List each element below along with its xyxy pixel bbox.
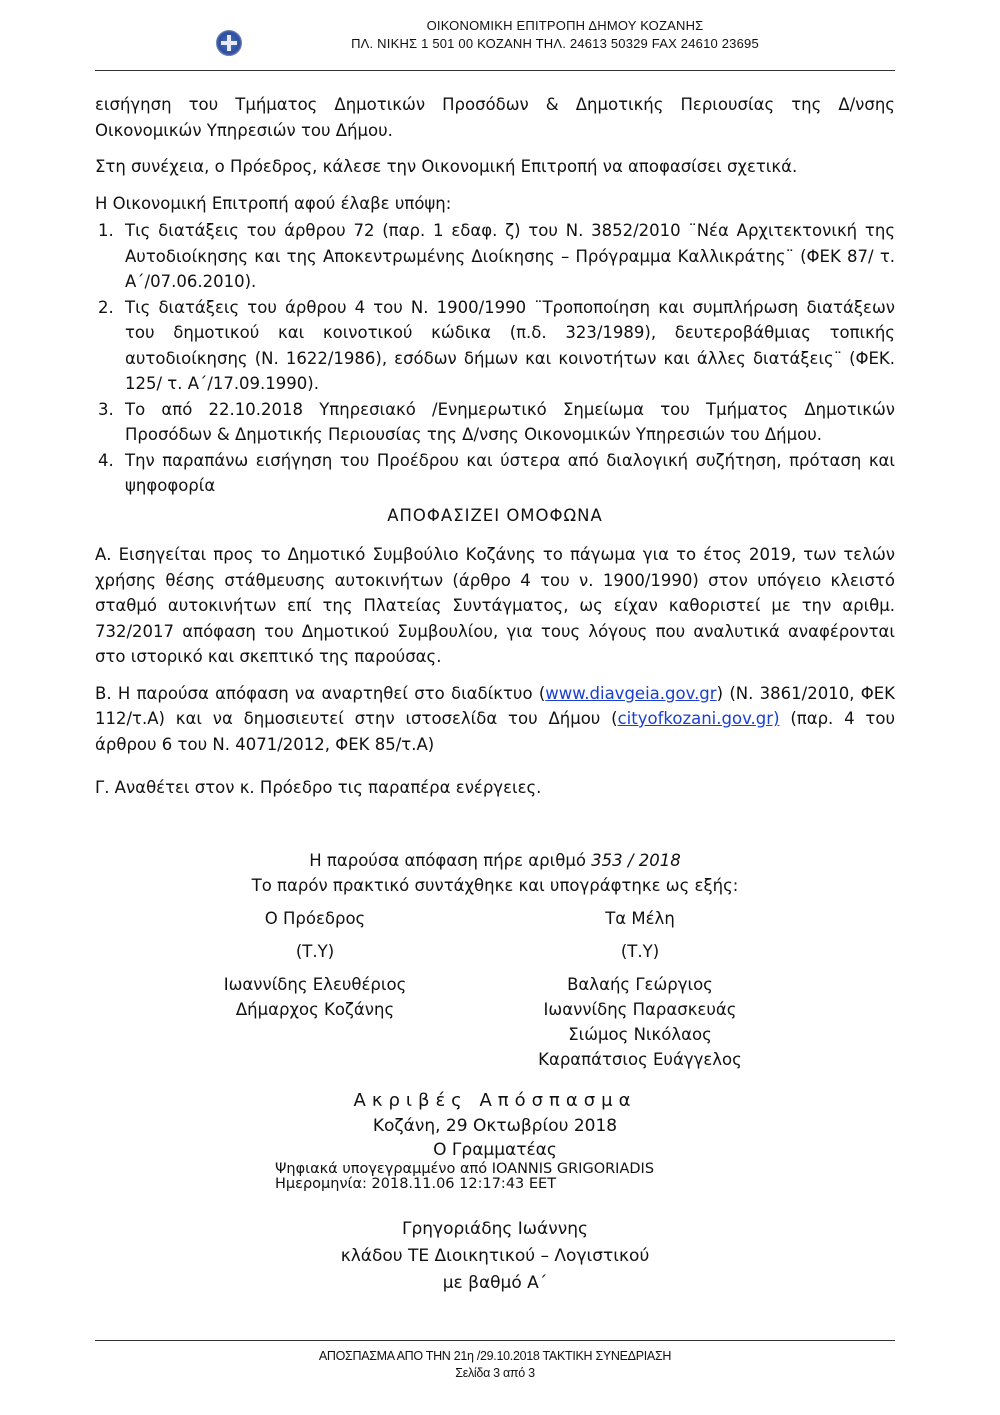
member-name: Βαλαής Γεώργιος xyxy=(515,972,765,997)
footer-session-info: ΑΠΟΣΠΑΣΜΑ ΑΠΟ ΤΗΝ 21η /29.10.2018 ΤΑΚΤΙΚ… xyxy=(95,1348,895,1365)
signed-statement: Το παρόν πρακτικό συντάχθηκε και υπογράφ… xyxy=(95,873,895,898)
list-item-number: 2. xyxy=(98,295,114,321)
list-item: 1.Τις διατάξεις του άρθρου 72 (παρ. 1 εδ… xyxy=(95,218,895,295)
president-call: Στη συνέχεια, ο Πρόεδρος, κάλεσε την Οικ… xyxy=(95,154,895,180)
member-name: Καραπάτσιος Ευάγγελος xyxy=(515,1047,765,1072)
secretary-title: Ο Γραμματέας xyxy=(95,1138,895,1162)
certified-extract: Ακριβές Απόσπασμα Κοζάνη, 29 Οκτωβρίου 2… xyxy=(95,1088,895,1192)
extract-place-date: Κοζάνη, 29 Οκτωβρίου 2018 xyxy=(95,1114,895,1138)
page-number: Σελίδα 3 από 3 xyxy=(95,1365,895,1382)
decision-b: Β. Η παρούσα απόφαση να αναρτηθεί στο δι… xyxy=(95,681,895,758)
header-contact-info: ΠΛ. ΝΙΚΗΣ 1 501 00 ΚΟΖΑΝΗ ΤΗΛ. 24613 503… xyxy=(95,36,895,51)
list-item-text: Τις διατάξεις του άρθρου 4 του Ν. 1900/1… xyxy=(125,298,895,394)
list-item: 4.Την παραπάνω εισήγηση του Προέδρου και… xyxy=(95,448,895,499)
list-item-number: 4. xyxy=(98,448,114,474)
member-name: Ιωαννίδης Παρασκευάς xyxy=(515,997,765,1022)
diavgeia-link[interactable]: www.diavgeia.gov.gr xyxy=(545,684,716,703)
list-item: 3.Το από 22.10.2018 Υπηρεσιακό /Ενημερωτ… xyxy=(95,397,895,448)
considerations-list: 1.Τις διατάξεις του άρθρου 72 (παρ. 1 εδ… xyxy=(95,218,895,499)
document-body: εισήγηση του Τμήματος Δημοτικών Προσόδων… xyxy=(95,92,895,812)
members-signature-note: (Τ.Υ) xyxy=(515,939,765,964)
page-footer: ΑΠΟΣΠΑΣΜΑ ΑΠΟ ΤΗΝ 21η /29.10.2018 ΤΑΚΤΙΚ… xyxy=(95,1340,895,1382)
president-title: Ο Πρόεδρος xyxy=(190,906,440,931)
decision-c: Γ. Αναθέτει στον κ. Πρόεδρο τις παραπέρα… xyxy=(95,775,895,801)
list-item-number: 3. xyxy=(98,397,114,423)
considering-intro: Η Οικονομική Επιτροπή αφού έλαβε υπόψη: xyxy=(95,191,895,217)
president-role: Δήμαρχος Κοζάνης xyxy=(190,997,440,1022)
members-signature-block: Τα Μέλη (Τ.Υ) Βαλαής Γεώργιος Ιωαννίδης … xyxy=(515,906,765,1072)
digital-signature-by: Ψηφιακά υπογεγραμμένο από IOANNIS GRIGOR… xyxy=(275,1162,775,1177)
president-name: Ιωαννίδης Ελευθέριος xyxy=(190,972,440,997)
decision-number: 353 / 2018 xyxy=(591,851,681,870)
secretary-branch: κλάδου ΤΕ Διοικητικού – Λογιστικού xyxy=(95,1243,895,1270)
decision-b-text: Β. Η παρούσα απόφαση να αναρτηθεί στο δι… xyxy=(95,684,545,703)
list-item-text: Τις διατάξεις του άρθρου 72 (παρ. 1 εδαφ… xyxy=(125,221,895,291)
decision-heading: ΑΠΟΦΑΣΙΖΕΙ ΟΜΟΦΩΝΑ xyxy=(95,503,895,529)
list-item: 2.Τις διατάξεις του άρθρου 4 του Ν. 1900… xyxy=(95,295,895,397)
president-signature-block: Ο Πρόεδρος (Τ.Υ) Ιωαννίδης Ελευθέριος Δή… xyxy=(190,906,440,1022)
secretary-block: Γρηγοριάδης Ιωάννης κλάδου ΤΕ Διοικητικο… xyxy=(95,1216,895,1297)
list-item-text: Το από 22.10.2018 Υπηρεσιακό /Ενημερωτικ… xyxy=(125,400,895,445)
header-committee-name: ΟΙΚΟΝΟΜΙΚΗ ΕΠΙΤΡΟΠΗ ΔΗΜΟΥ ΚΟΖΑΝΗΣ xyxy=(95,18,895,33)
list-item-number: 1. xyxy=(98,218,114,244)
secretary-grade: με βαθμό Α΄ xyxy=(95,1270,895,1297)
list-item-text: Την παραπάνω εισήγηση του Προέδρου και ύ… xyxy=(125,451,895,496)
decision-number-label: Η παρούσα απόφαση πήρε αριθμό xyxy=(309,851,591,870)
digital-signature-date: Ημερομηνία: 2018.11.06 12:17:43 EET xyxy=(275,1177,775,1192)
decision-a: Α. Εισηγείται προς το Δημοτικό Συμβούλιο… xyxy=(95,542,895,670)
president-signature-note: (Τ.Υ) xyxy=(190,939,440,964)
member-name: Σιώμος Νικόλαος xyxy=(515,1022,765,1047)
extract-title: Ακριβές Απόσπασμα xyxy=(95,1088,895,1114)
cityofkozani-link[interactable]: cityofkozani.gov.gr) xyxy=(618,709,780,728)
members-title: Τα Μέλη xyxy=(515,906,765,931)
decision-number-line: Η παρούσα απόφαση πήρε αριθμό 353 / 2018 xyxy=(95,848,895,873)
secretary-name: Γρηγοριάδης Ιωάννης xyxy=(95,1216,895,1243)
page-header: ΟΙΚΟΝΟΜΙΚΗ ΕΠΙΤΡΟΠΗ ΔΗΜΟΥ ΚΟΖΑΝΗΣ ΠΛ. ΝΙ… xyxy=(95,14,895,71)
intro-continuation: εισήγηση του Τμήματος Δημοτικών Προσόδων… xyxy=(95,92,895,143)
